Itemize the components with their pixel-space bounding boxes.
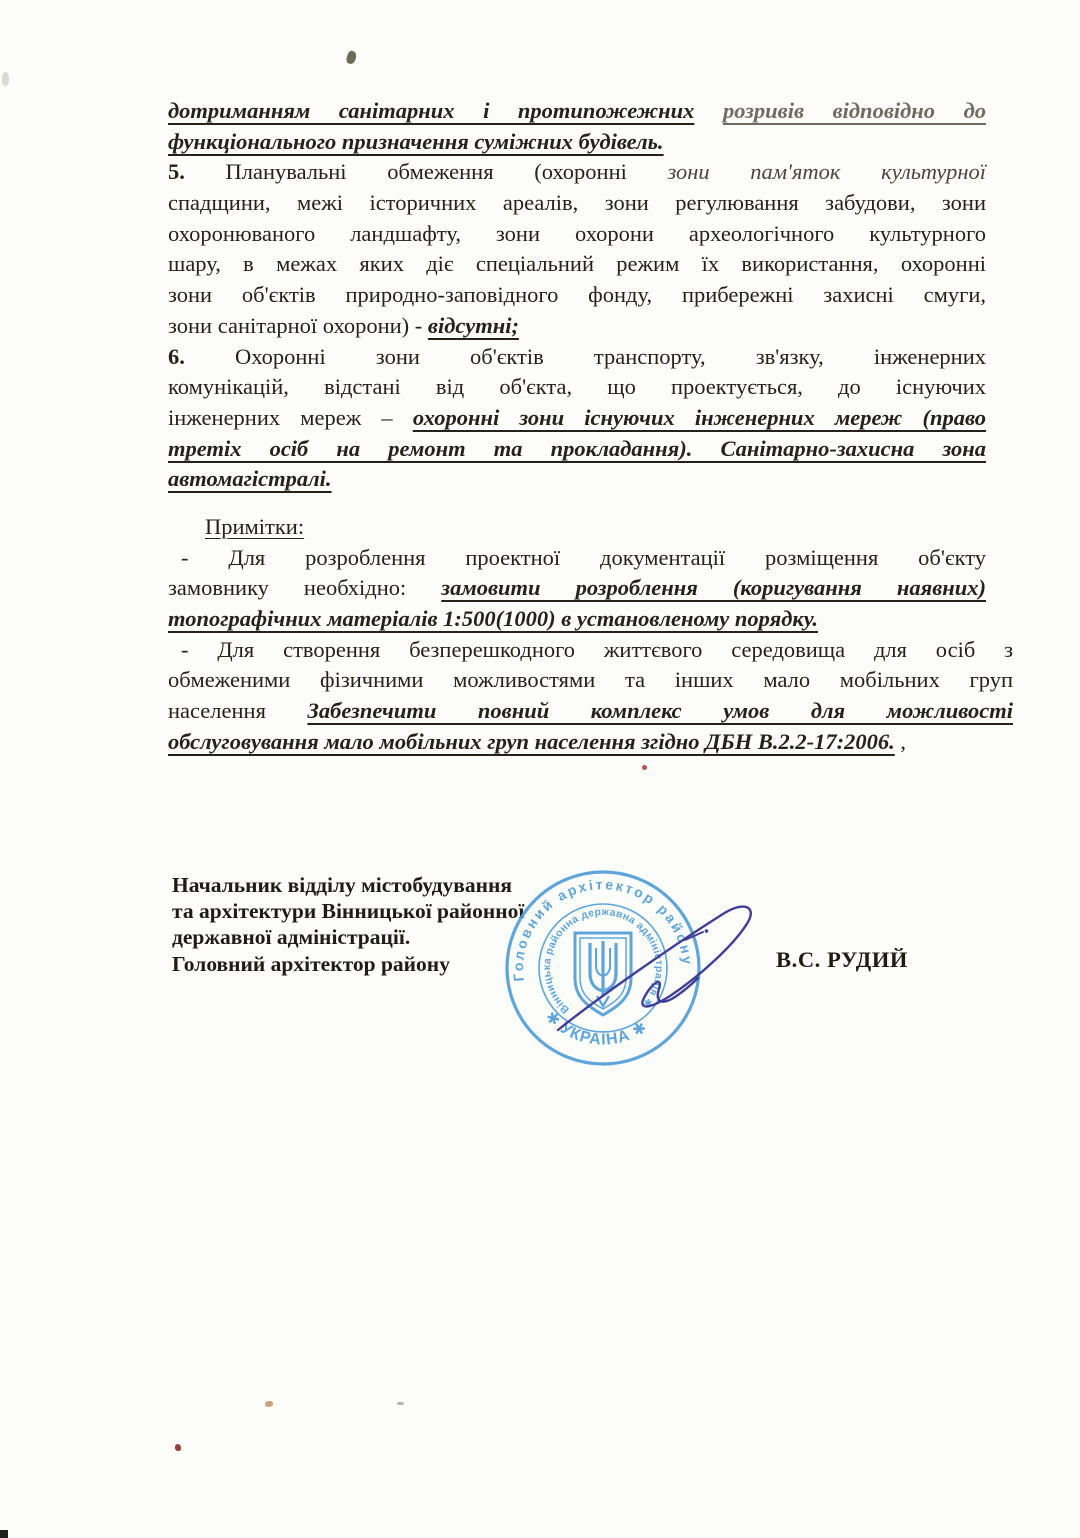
text-line: зони санітарної охорони) - відсутні; [168,311,986,342]
text-line: замовнику необхідно: замовити розробленн… [168,573,986,604]
text-line: охоронюваного ландшафту, зони охорони ар… [168,219,986,250]
paragraph-gap [168,495,986,512]
text-line: функціонального призначення суміжних буд… [168,127,986,158]
text-line: автомагістралі. [168,464,986,495]
text-line: обслуговування мало мобільних груп насел… [168,727,1013,758]
text-line: інженерних мереж – охоронні зони існуючи… [168,403,986,434]
text-segment: охоронні зони існуючих інженерних мереж … [413,405,986,430]
text-line: комунікацій, відстані від об'єкта, що пр… [168,372,986,403]
text-line: третіх осіб на ремонт та прокладання). С… [168,434,986,465]
signatory-name: В.С. РУДИЙ [776,947,908,973]
text-segment: шару, в межах яких діє спеціальний режим… [168,251,986,276]
scan-speck [397,1402,404,1405]
text-segment: зони санітарної охорони) - [168,313,422,338]
text-line: населення Забезпечити повний комплекс ум… [168,696,1013,727]
text-segment: зони пам'яток культурної [668,159,987,184]
text-segment: Планувальні обмеження (охоронні [226,159,627,184]
text-segment: Примітки: [205,514,304,539]
trident-emblem-icon [575,933,631,1015]
text-line: дотриманням санітарних і протипожежних р… [168,96,986,127]
text-segment: зони об'єктів природно-заповідного фонду… [168,282,986,307]
body-text: дотриманням санітарних і протипожежних р… [168,96,986,757]
text-segment: третіх осіб на ремонт та прокладання). С… [168,436,986,461]
text-segment: обслуговування мало мобільних груп насел… [168,729,895,754]
text-segment: , [900,729,906,754]
scan-speck [345,50,358,65]
scan-speck [642,765,647,770]
text-segment: функціонального призначення суміжних буд… [168,129,664,154]
text-segment: обмеженими фізичними можливостями та інш… [168,667,1013,692]
text-segment: замовити розроблення (коригування наявни… [441,575,986,600]
item-number: 5. [168,159,185,184]
text-line: - Для створення безперешкодного життєвог… [168,635,1013,666]
item-number: 6. [168,344,185,369]
text-segment: Для розроблення проектної документації р… [228,545,986,570]
text-segment: інженерних мереж – [168,405,393,430]
text-line: спадщини, межі історичних ареалів, зони … [168,188,986,219]
text-segment: комунікацій, відстані від об'єкта, що пр… [168,374,986,399]
text-line: - Для розроблення проектної документації… [168,543,986,574]
text-line: зони об'єктів природно-заповідного фонду… [168,280,986,311]
text-segment: Забезпечити повний комплекс умов для мож… [307,698,1013,723]
text-segment: розривів відповідно до [723,98,986,123]
text-segment: топографічних матеріалів 1:500(1000) в у… [168,606,818,631]
official-stamp: Головний архітектор району Вінницька рай… [507,872,699,1064]
scan-speck [0,1530,8,1538]
text-segment: автомагістралі. [168,466,332,491]
text-segment: Для створення безперешкодного життєвого … [217,637,1013,662]
text-segment: спадщини, межі історичних ареалів, зони … [168,190,986,215]
text-segment: охоронюваного ландшафту, зони охорони ар… [168,221,986,246]
scan-speck [175,1444,181,1451]
text-line: шару, в межах яких діє спеціальний режим… [168,249,986,280]
text-segment: населення [168,698,266,723]
text-line: топографічних матеріалів 1:500(1000) в у… [168,604,986,635]
text-segment: відсутні; [428,313,519,338]
notes-heading: Примітки: [168,512,986,543]
text-line-item-5: 5. Планувальні обмеження (охоронні зони … [168,157,986,188]
list-dash: - [181,545,189,570]
stamp-and-signature-overlay: Головний архітектор району Вінницька рай… [485,848,785,1093]
document-page: дотриманням санітарних і протипожежних р… [0,0,1080,1538]
text-line: обмеженими фізичними можливостями та інш… [168,665,1013,696]
scan-speck [2,72,9,86]
scan-speck [265,1401,273,1407]
text-segment: дотриманням санітарних і протипожежних [168,98,694,123]
list-dash: - [181,637,189,662]
text-line-item-6: 6. Охоронні зони об'єктів транспорту, зв… [168,342,986,373]
text-segment: Охоронні зони об'єктів транспорту, зв'яз… [235,344,986,369]
text-segment: замовнику необхідно: [168,575,406,600]
